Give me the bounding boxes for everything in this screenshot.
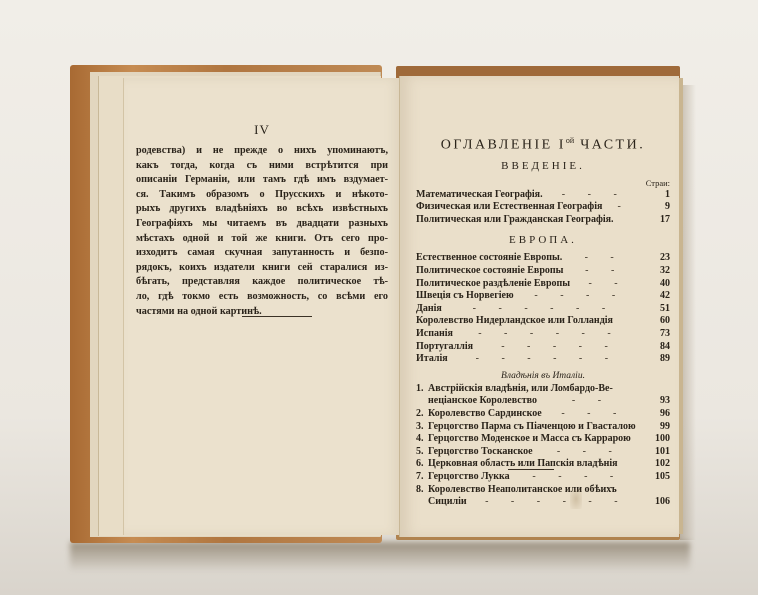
toc-entry: Данія- - - - - -51 — [416, 303, 670, 316]
right-page: ОГЛАВЛЕНІЕ Iой ЧАСТИ. ВВЕДЕНІЕ. Страи: М… — [399, 76, 679, 537]
section-heading-europe: ЕВРОПА. — [416, 234, 670, 246]
table-of-contents: ОГЛАВЛЕНІЕ Iой ЧАСТИ. ВВЕДЕНІЕ. Страи: М… — [416, 136, 670, 509]
text-line: рыхъ другихъ владѣніяхъ во всѣхъ извѣстн… — [136, 202, 388, 217]
section-divider — [242, 316, 312, 317]
paper-stain — [570, 489, 582, 509]
toc-entry: 5.Герцогство Тосканское- - -101 — [416, 446, 670, 459]
page-edge — [679, 78, 683, 534]
toc-entry-continuation: Сициліи- - - - - -106 — [416, 496, 670, 509]
toc-entry: Италія- - - - - -89 — [416, 353, 670, 366]
toc-entry: Испанія- - - - - -73 — [416, 328, 670, 341]
section-divider — [508, 469, 554, 470]
toc-entry: Политическое раздѣленіе Европы- -40 — [416, 278, 670, 291]
toc-entry: 1.Австрійскія владѣнія, или Ломбардо-Ве- — [416, 383, 670, 396]
toc-entry: Португаллія- - - - -84 — [416, 341, 670, 354]
text-line: родевства) и не прежде о нихъ упоминаютъ… — [136, 144, 388, 159]
toc-entry: 8.Королевство Неаполитанское или обѣихъ — [416, 484, 670, 497]
text-line: ся. Такимъ образомъ о Прусскихъ и нѣкото… — [136, 188, 388, 203]
toc-entry: Политическое состояніе Европы- -32 — [416, 265, 670, 278]
book-shadow — [70, 542, 690, 572]
toc-entry: 7.Герцогство Лукка- - - -105 — [416, 471, 670, 484]
body-paragraph: родевства) и не прежде о нихъ упоминаютъ… — [136, 144, 388, 319]
text-line: рядокъ, коихъ издатели книги сей старали… — [136, 261, 388, 276]
subsection-heading-italy: Владѣнія въ Италіи. — [416, 371, 670, 381]
text-line: ло, гдѣ токмо есть возможность, со всѣми… — [136, 290, 388, 305]
section-heading-introduction: ВВЕДЕНІЕ. — [416, 160, 670, 172]
text-line: изходитъ самая скучная запутанность и бе… — [136, 246, 388, 261]
toc-entry: Швеція съ Норвегіею- - - -42 — [416, 290, 670, 303]
left-page: IV родевства) и не прежде о нихъ упомина… — [123, 78, 400, 535]
toc-entry: Королевство Нидерландское или Голландія6… — [416, 315, 670, 328]
page-number: IV — [124, 122, 400, 138]
toc-entry: Политическая или Гражданская Географія.1… — [416, 214, 670, 227]
text-line: Географіяхъ мы читаемъ въ двадцати разны… — [136, 217, 388, 232]
toc-entry: Математическая Географія.- - -1 — [416, 189, 670, 202]
text-line: описаніи Германіи, или тамъ гдѣ имъ взду… — [136, 173, 388, 188]
text-line: бѣгать, представляя каждое политическое … — [136, 275, 388, 290]
toc-entry: Естественное состояніе Европы.- -23 — [416, 252, 670, 265]
toc-entry: Физическая или Естественная Географія-9 — [416, 201, 670, 214]
text-line: мѣстахъ одной и той же книги. Отъ сего п… — [136, 232, 388, 247]
page-column-header: Страи: — [416, 178, 670, 188]
toc-entry: 3.Герцогство Парма съ Піаченцою и Гваста… — [416, 421, 670, 434]
toc-entry: 4.Герцогство Моденское и Масса съ Каррар… — [416, 433, 670, 446]
toc-title: ОГЛАВЛЕНІЕ Iой ЧАСТИ. — [416, 136, 670, 154]
toc-entry: 2.Королевство Сардинское- - -96 — [416, 408, 670, 421]
toc-entry-continuation: неціанское Королевство- -93 — [416, 395, 670, 408]
text-line: какъ тогда, когда съ ними встрѣтится при — [136, 159, 388, 174]
